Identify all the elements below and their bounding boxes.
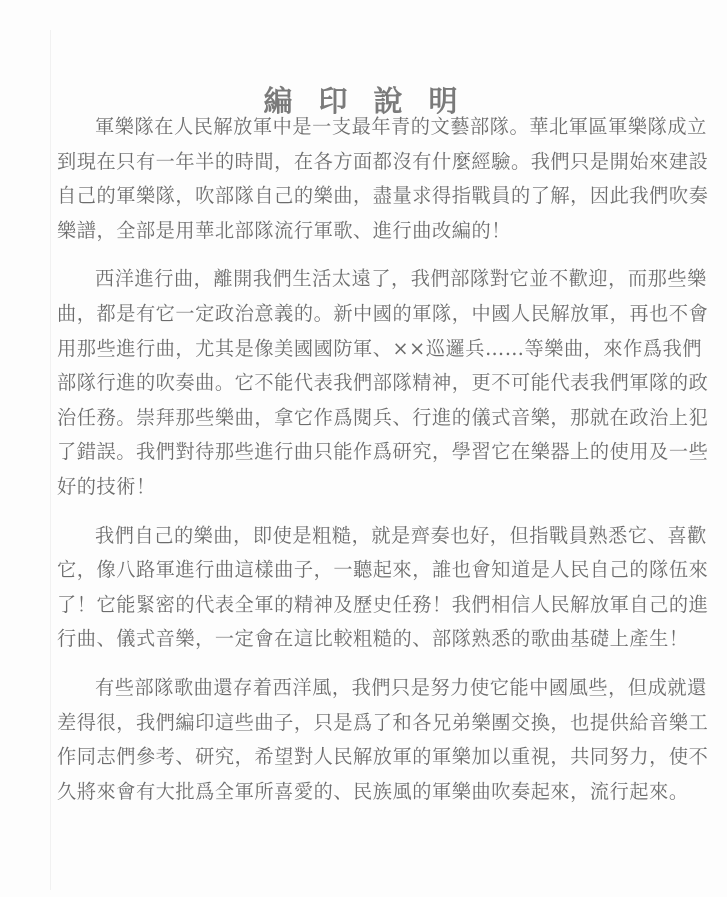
text-line: 自己的軍樂隊，吹部隊自己的樂曲，盡量求得指戰員的了解，因此我們吹奏 xyxy=(19,179,683,214)
text-line: 作同志們參考、研究，希望對人民解放軍的軍樂加以重視，共同努力，使不 xyxy=(19,740,683,775)
text-line: 了！它能緊密的代表全軍的精神及歷史任務！我們相信人民解放軍自己的進 xyxy=(19,588,683,623)
text-line: 了錯誤。我們對待那些進行曲只能作爲研究，學習它在樂器上的使用及一些 xyxy=(19,435,683,470)
text-line: 我們自己的樂曲，即使是粗糙，就是齊奏也好，但指戰員熟悉它、喜歡 xyxy=(57,519,683,554)
text-line: 用那些進行曲，尤其是像美國國防軍、××巡邏兵……等樂曲，來作爲我們 xyxy=(19,332,683,367)
text-line: 它，像八路軍進行曲這樣曲子，一聽起來，誰也會知道是人民自己的隊伍來 xyxy=(19,553,683,588)
text-line: 軍樂隊在人民解放軍中是一支最年青的文藝部隊。華北軍區軍樂隊成立 xyxy=(57,110,683,145)
text-line: 好的技術！ xyxy=(19,470,683,505)
text-line: 到現在只有一年半的時間，在各方面都沒有什麼經驗。我們只是開始來建設 xyxy=(19,145,683,180)
text-line: 曲，都是有它一定政治意義的。新中國的軍隊，中國人民解放軍，再也不會 xyxy=(19,297,683,332)
body-text: 軍樂隊在人民解放軍中是一支最年青的文藝部隊。華北軍區軍樂隊成立 到現在只有一年半… xyxy=(57,110,683,809)
scanned-page: 編印說明 軍樂隊在人民解放軍中是一支最年青的文藝部隊。華北軍區軍樂隊成立 到現在… xyxy=(0,0,727,897)
text-line: 久將來會有大批爲全軍所喜愛的、民族風的軍樂曲吹奏起來，流行起來。 xyxy=(19,775,683,810)
text-line: 治任務。崇拜那些樂曲，拿它作爲閱兵、行進的儀式音樂，那就在政治上犯 xyxy=(19,401,683,436)
text-line: 樂譜，全部是用華北部隊流行軍歌、進行曲改編的！ xyxy=(19,214,683,249)
text-line: 部隊行進的吹奏曲。它不能代表我們部隊精神，更不可能代表我們軍隊的政 xyxy=(19,366,683,401)
text-line: 差得很，我們編印這些曲子，只是爲了和各兄弟樂團交換，也提供給音樂工 xyxy=(19,706,683,741)
paragraph-1: 軍樂隊在人民解放軍中是一支最年青的文藝部隊。華北軍區軍樂隊成立 到現在只有一年半… xyxy=(57,110,683,248)
text-line: 行曲、儀式音樂，一定會在這比較粗糙的、部隊熟悉的歌曲基礎上產生！ xyxy=(19,622,683,657)
text-line: 西洋進行曲，離開我們生活太遠了，我們部隊對它並不歡迎，而那些樂 xyxy=(57,262,683,297)
text-line: 有些部隊歌曲還存着西洋風，我們只是努力使它能中國風些，但成就還 xyxy=(57,671,683,706)
paragraph-4: 有些部隊歌曲還存着西洋風，我們只是努力使它能中國風些，但成就還 差得很，我們編印… xyxy=(57,671,683,809)
paragraph-3: 我們自己的樂曲，即使是粗糙，就是齊奏也好，但指戰員熟悉它、喜歡 它，像八路軍進行… xyxy=(57,519,683,657)
paragraph-2: 西洋進行曲，離開我們生活太遠了，我們部隊對它並不歡迎，而那些樂 曲，都是有它一定… xyxy=(57,262,683,504)
